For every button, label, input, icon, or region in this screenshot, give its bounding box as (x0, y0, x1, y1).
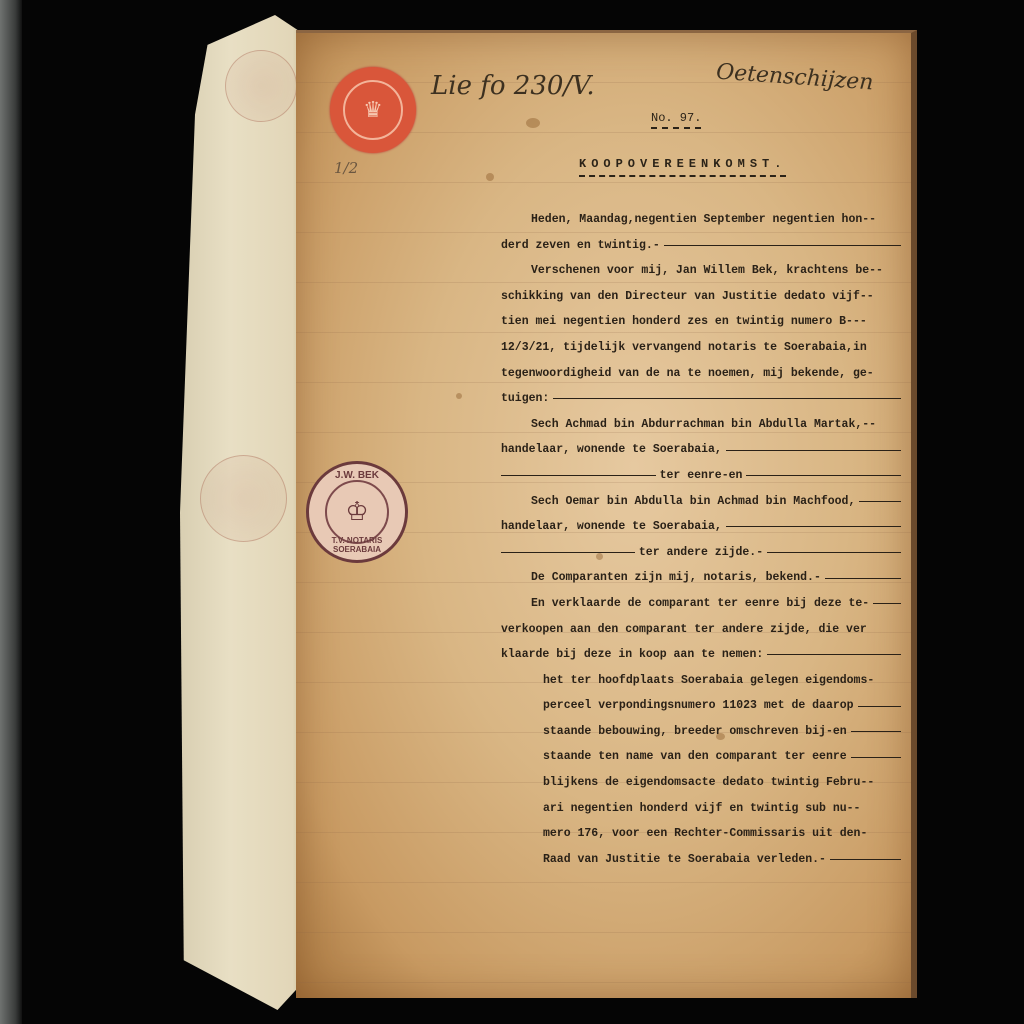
text-line: Sech Achmad bin Abdurrachman bin Abdulla… (501, 412, 901, 438)
handwritten-margin-mark: 1/2 (334, 159, 358, 177)
revenue-stamp: ♛ (330, 67, 416, 153)
stain (456, 393, 462, 399)
text-line: ari negentien honderd vijf en twintig su… (501, 796, 901, 822)
text-line: Sech Oemar bin Abdulla bin Achmad bin Ma… (501, 489, 901, 515)
text-line: klaarde bij deze in koop aan te nemen: (501, 642, 901, 668)
handwritten-name: Oetenschijzen (715, 60, 874, 96)
text-line: tien mei negentien honderd zes en twinti… (501, 309, 901, 335)
text-line: tegenwoordigheid van de na te noemen, mi… (501, 361, 901, 387)
faded-seal-imprint (200, 455, 287, 542)
document-number: No. 97. (651, 111, 701, 129)
stain (486, 173, 494, 181)
text-line: schikking van den Directeur van Justitie… (501, 284, 901, 310)
background-edge (0, 0, 22, 1024)
text-line: 12/3/21, tijdelijk vervangend notaris te… (501, 335, 901, 361)
text-line: het ter hoofdplaats Soerabaia gelegen ei… (501, 668, 901, 694)
text-line: ter eenre-en (501, 463, 901, 489)
text-line: staande ten name van den comparant ter e… (501, 744, 901, 770)
folded-flap (180, 15, 305, 1010)
coat-of-arms-icon: ♛ (343, 80, 403, 140)
document-page: ♛ Lie fo 230/V. Oetenschijzen 1/2 J.W. B… (296, 30, 917, 998)
text-line: De Comparanten zijn mij, notaris, bekend… (501, 565, 901, 591)
seal-top-text: J.W. BEK (309, 470, 405, 481)
notary-seal: J.W. BEK ♔ T.V. NOTARIS SOERABAIA (306, 461, 408, 563)
text-line: tuigen: (501, 386, 901, 412)
text-line: verkoopen aan den comparant ter andere z… (501, 617, 901, 643)
text-line: handelaar, wonende te Soerabaia, (501, 437, 901, 463)
text-line: Heden, Maandag,negentien September negen… (501, 207, 901, 233)
text-line: ter andere zijde.- (501, 540, 901, 566)
handwritten-reference: Lie fo 230/V. (431, 71, 595, 101)
text-line: mero 176, voor een Rechter-Commissaris u… (501, 821, 901, 847)
seal-bottom-text: T.V. NOTARIS SOERABAIA (309, 536, 405, 554)
text-line: perceel verpondingsnumero 11023 met de d… (501, 693, 901, 719)
text-line: handelaar, wonende te Soerabaia, (501, 514, 901, 540)
text-line: blijkens de eigendomsacte dedato twintig… (501, 770, 901, 796)
text-line: derd zeven en twintig.- (501, 233, 901, 259)
faded-seal-imprint (225, 50, 297, 122)
text-line: Raad van Justitie te Soerabaia verleden.… (501, 847, 901, 873)
text-line: staande bebouwing, breeder omschreven bi… (501, 719, 901, 745)
coat-of-arms-icon: ♔ (325, 480, 389, 544)
document-title: KOOPOVEREENKOMST. (579, 157, 786, 177)
stain (526, 118, 540, 128)
document-body: Heden, Maandag,negentien September negen… (501, 207, 901, 872)
text-line: Verschenen voor mij, Jan Willem Bek, kra… (501, 258, 901, 284)
text-line: En verklaarde de comparant ter eenre bij… (501, 591, 901, 617)
